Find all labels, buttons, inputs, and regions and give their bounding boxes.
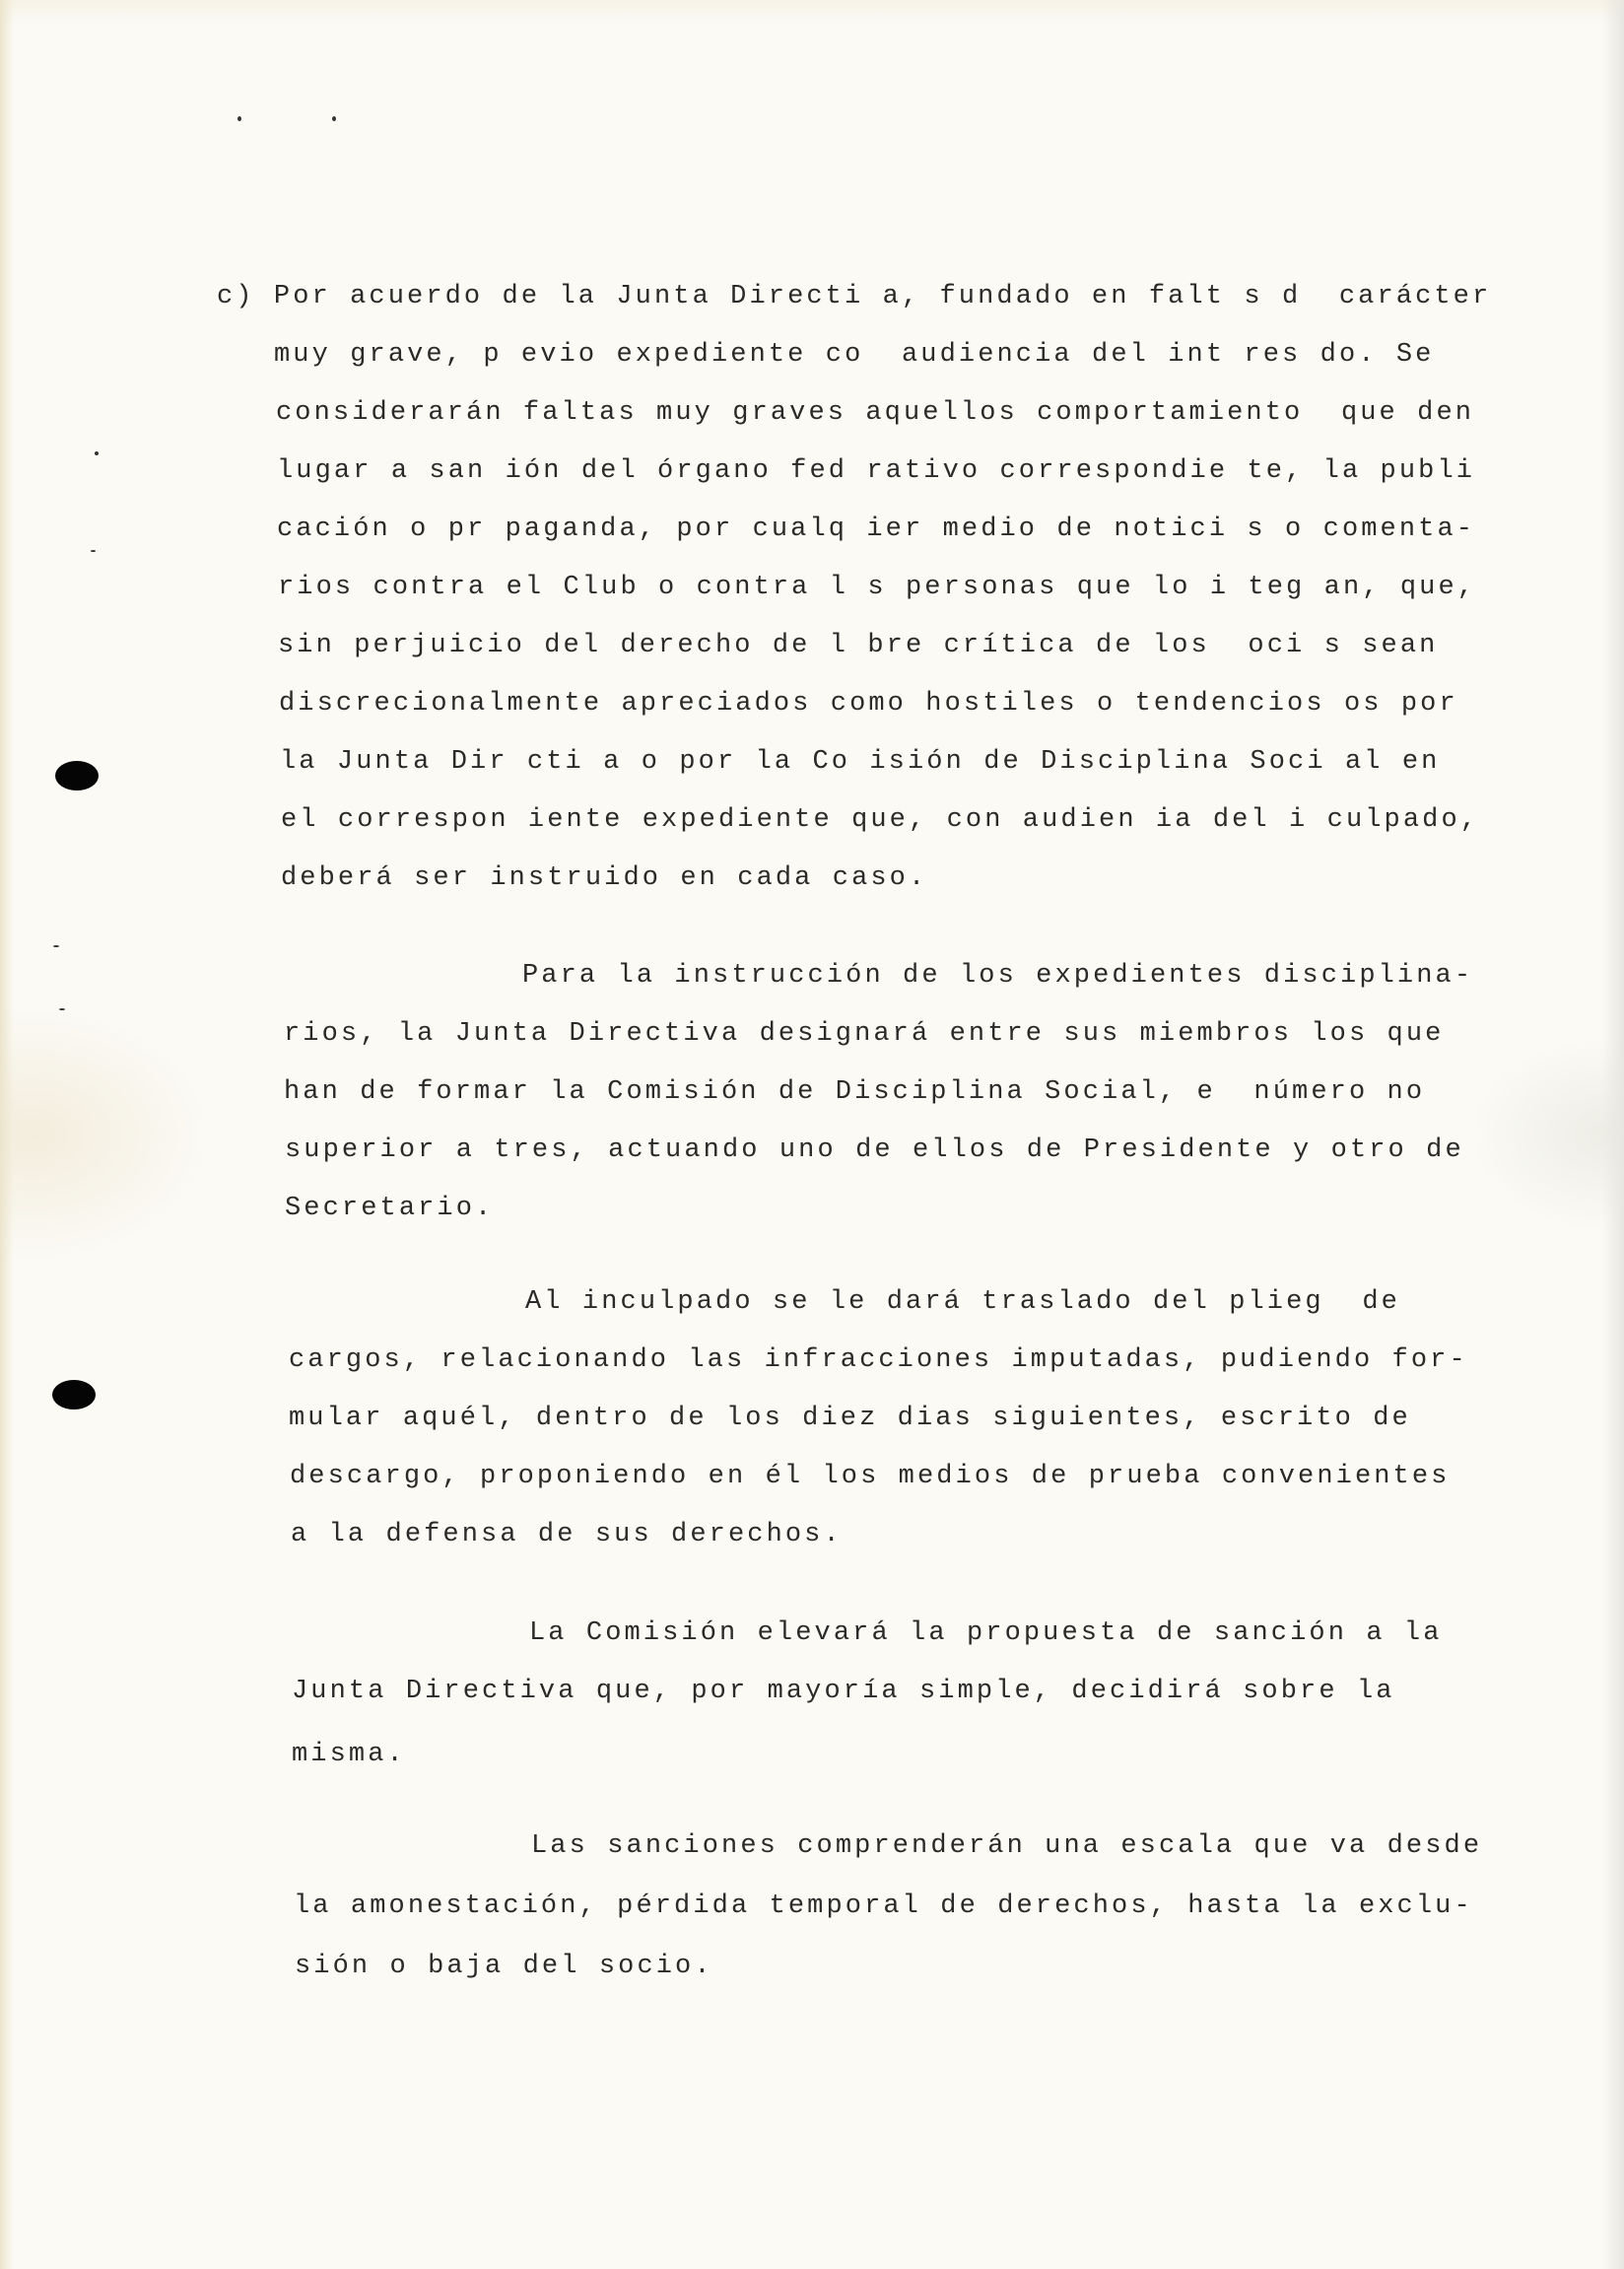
text-line: a la defensa de sus derechos. (291, 1522, 843, 1548)
text-line: superior a tres, actuando uno de ellos d… (285, 1137, 1464, 1164)
text-line: el correspon iente expediente que, con a… (281, 807, 1479, 834)
text-line: Secretario. (285, 1196, 494, 1222)
text-line: c) Por acuerdo de la Junta Directi a, fu… (217, 284, 1491, 310)
text-line: deberá ser instruido en cada caso. (281, 865, 927, 892)
text-line: lugar a san ión del órgano fed rativo co… (277, 458, 1475, 485)
text-line: misma. (292, 1742, 406, 1768)
ink-speck (237, 116, 241, 121)
paper-left-edge-shading (0, 0, 14, 2269)
text-line: La Comisión elevará la propuesta de sanc… (529, 1620, 1443, 1647)
text-line: cargos, relacionando las infracciones im… (289, 1347, 1468, 1374)
punch-hole-icon (52, 1380, 96, 1410)
text-line: Para la instrucción de los expedientes d… (522, 963, 1473, 990)
text-line: sin perjuicio del derecho de l bre críti… (278, 633, 1438, 659)
text-line: la Junta Dir cti a o por la Co isión de … (280, 749, 1440, 776)
ink-speck (91, 550, 96, 552)
text-line: cación o pr paganda, por cualq ier medio… (277, 516, 1475, 543)
text-line: sión o baja del socio. (295, 1954, 713, 1980)
text-line: considerarán faltas muy graves aquellos … (276, 400, 1474, 427)
text-line: muy grave, p evio expediente co audienci… (274, 342, 1434, 369)
text-line: rios contra el Club o contra l s persona… (278, 575, 1476, 601)
text-line: discrecionalmente apreciados como hostil… (279, 691, 1458, 718)
text-line: la amonestación, pérdida temporal de der… (294, 1893, 1473, 1920)
ink-speck (95, 451, 99, 455)
ink-speck (332, 116, 336, 121)
text-line: Las sanciones comprenderán una escala qu… (531, 1833, 1482, 1860)
text-line: rios, la Junta Directiva designará entre… (284, 1021, 1444, 1048)
text-line: han de formar la Comisión de Disciplina … (284, 1079, 1425, 1106)
text-line: Al inculpado se le dará traslado del pli… (525, 1289, 1400, 1316)
paper-right-edge-shading (1602, 0, 1624, 2269)
punch-hole-icon (55, 761, 99, 791)
text-line: descargo, proponiendo en él los medios d… (290, 1464, 1450, 1490)
ink-speck (53, 945, 59, 947)
text-line: Junta Directiva que, por mayoría simple,… (292, 1679, 1395, 1705)
scanned-page: c) Por acuerdo de la Junta Directi a, fu… (0, 0, 1624, 2269)
ink-speck (59, 1008, 65, 1010)
text-line: mular aquél, dentro de los diez dias sig… (289, 1406, 1411, 1432)
